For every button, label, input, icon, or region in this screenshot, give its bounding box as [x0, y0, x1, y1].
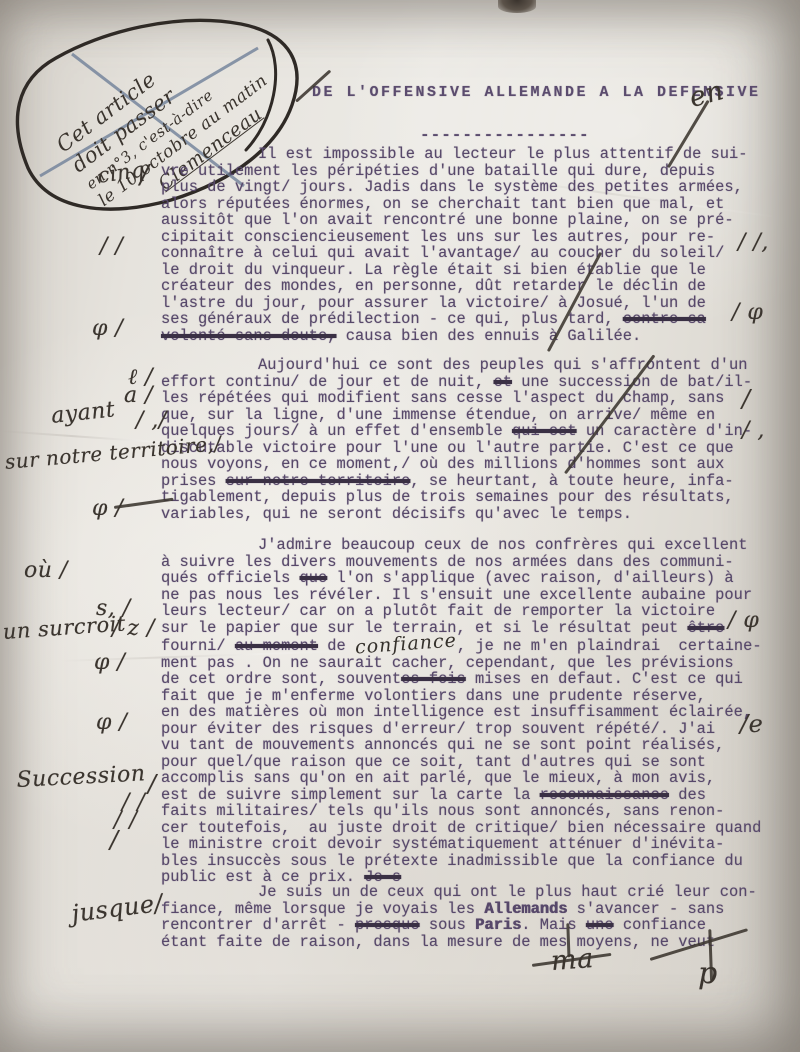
struck-text: au moment	[235, 637, 318, 655]
typewritten-line: le ministre croit devoir systématiquemen…	[161, 836, 773, 853]
typewritten-line: le droit du vinqueur. La règle était si …	[161, 262, 773, 279]
typewritten-text: tigablement, depuis plus de trois semain…	[161, 488, 734, 506]
typewritten-text: le ministre croit devoir systématiquemen…	[161, 835, 724, 853]
typewritten-line: ses généraux de prédilection - ce qui, p…	[161, 311, 773, 328]
typewritten-text: fait que je m'enferme volontiers dans un…	[161, 687, 706, 705]
margin-a: a /	[124, 383, 153, 408]
typewritten-text: en des matières où mon intelligence est …	[161, 703, 752, 721]
typewritten-line: tigablement, depuis plus de trois semain…	[161, 489, 773, 506]
typewritten-line: quelques jours/ à un effet d'ensemble qu…	[161, 423, 773, 440]
typewritten-line: qués officiels que l'on s'applique (avec…	[161, 570, 773, 587]
typewritten-line: variables, qui ne seront décisifs qu'ave…	[161, 506, 773, 523]
typewritten-text: ment pas . On ne saurait cacher, cependa…	[161, 654, 734, 672]
typewritten-text: ses généraux de prédilection - ce qui, p…	[161, 310, 623, 328]
typewritten-line: rencontrer d'arrêt - presque sous Paris.…	[161, 917, 773, 934]
typewritten-line: alors réputées énormes, on se cherchait …	[161, 196, 773, 213]
typewritten-line: leurs lecteur/ car on a plutôt fait de r…	[161, 603, 773, 620]
margin-marks-right-4: / ,	[742, 418, 765, 443]
typewritten-text: pour quel/que raison que ce soit, tant d…	[161, 753, 706, 771]
typewritten-line: fait que je m'enferme volontiers dans un…	[161, 688, 773, 705]
typewritten-line: vu tant de mouvements annoncés qui ne se…	[161, 737, 773, 754]
typewritten-text: connaître à celui qui avait l'avantage/ …	[161, 244, 724, 262]
typewritten-text: accomplis sans qu'on en ait parlé, que l…	[161, 769, 715, 787]
margin-marks-left-1: / /	[100, 234, 123, 259]
typewritten-text: l'on s'applique (avec raison, d'ailleurs…	[327, 569, 733, 587]
typewritten-line: cer toutefois, au juste droit de critiqu…	[161, 820, 773, 837]
typewritten-line: bles insuccès sous le prétexte inadmissi…	[161, 853, 773, 870]
margin-ou: où /	[24, 558, 68, 583]
typewritten-line: aussitôt que l'on avait rencontré une bo…	[161, 212, 773, 229]
typewritten-line: prises sur notre territoire, se heurtant…	[161, 473, 773, 490]
deleatur-left-4: φ /	[96, 710, 127, 735]
typewritten-line: que, sur la ligne, d'une immense étendue…	[161, 407, 773, 424]
typewritten-text: vu tant de mouvements annoncés qui ne se…	[161, 736, 724, 754]
typewritten-line: en des matières où mon intelligence est …	[161, 704, 773, 721]
deleatur-left-1: φ /	[92, 316, 123, 341]
typewritten-line: ne pas nous les révéler. Il s'ensuit une…	[161, 587, 773, 604]
typewritten-text: à suivre les divers mouvements de nos ar…	[161, 553, 734, 571]
typewritten-line: vre utilement les péripéties d'une batai…	[161, 163, 773, 180]
typewritten-line: volonté sans doute, causa bien des ennui…	[161, 328, 773, 345]
typewritten-text: plus de vingt/ jours. Jadis dans le syst…	[161, 178, 743, 196]
struck-text: presque	[355, 916, 420, 934]
struck-text: être	[687, 619, 724, 637]
typewritten-text: de cet ordre sont, souvent	[161, 670, 401, 688]
typewritten-text: ne pas nous les révéler. Il s'ensuit une…	[161, 586, 752, 604]
typewritten-text: est de suivre simplement sur la carte la	[161, 786, 540, 804]
typewritten-line: faits militaires/ tels qu'ils nous sont …	[161, 803, 773, 820]
typewritten-line: effort continu/ de jour et de nuit, et u…	[161, 374, 773, 391]
margin-un-surcroit: un surcroit	[2, 611, 127, 644]
typewritten-line: est de suivre simplement sur la carte la…	[161, 787, 773, 804]
correction-p: p	[698, 956, 718, 991]
typewritten-line: fiance, même lorsque je voyais les Allem…	[161, 901, 773, 918]
typewritten-text: rencontrer d'arrêt -	[161, 916, 355, 934]
typewritten-line: de cet ordre sont, souventes fois mises …	[161, 671, 773, 688]
paper-stain	[498, 0, 536, 13]
typewritten-text: alors réputées énormes, on se cherchait …	[161, 195, 724, 213]
typewritten-line: sur le papier que sur le terrain, et si …	[161, 620, 773, 637]
typewritten-text: cer toutefois, au juste droit de critiqu…	[161, 819, 761, 837]
typewritten-line: pour éviter des risques d'erreur/ trop s…	[161, 721, 773, 738]
typewritten-text: faits militaires/ tels qu'ils nous sont …	[161, 802, 724, 820]
deleatur-left-2: φ /	[92, 496, 123, 521]
paragraph: Il est impossible au lecteur le plus att…	[161, 146, 773, 344]
margin-jusque: jusque/	[70, 889, 165, 928]
typewritten-text: confiance	[614, 916, 706, 934]
typewritten-text: causa bien des ennuis à Galilée.	[336, 327, 641, 345]
struck-text: qui est	[512, 422, 577, 440]
typewritten-line: nous voyons, en ce moment,/ où des milli…	[161, 456, 773, 473]
typewritten-text: sous	[420, 916, 475, 934]
struck-text: contre sa	[623, 310, 706, 328]
typewritten-text: , je ne m'en plaindrai certaine-	[457, 637, 762, 655]
struck-text: une	[586, 916, 614, 934]
paragraph: Aujourd'hui ce sont des peuples qui s'af…	[161, 357, 773, 522]
typewritten-line: l'astre du jour, pour assurer la victoir…	[161, 295, 773, 312]
typewritten-text: créateur des mondes, en personne, dût re…	[161, 277, 706, 295]
typewritten-text: que, sur la ligne, d'une immense étendue…	[161, 406, 715, 424]
typewritten-text: Aujourd'hui ce sont des peuples qui s'af…	[258, 356, 748, 374]
struck-text: et	[494, 373, 512, 391]
typewritten-text: mises en defaut. C'est ce qui	[466, 670, 743, 688]
struck-text: que	[300, 569, 328, 587]
margin-ayant: ayant	[50, 397, 116, 429]
typewritten-text: de	[318, 637, 355, 655]
struck-text: sur notre territoire	[226, 472, 411, 490]
typewritten-text: . Mais	[521, 916, 586, 934]
typewritten-text: fourni/	[161, 637, 235, 655]
typewritten-line: Je suis un de ceux qui ont le plus haut …	[161, 884, 773, 901]
typewritten-text: le droit du vinqueur. La règle était si …	[161, 261, 706, 279]
typewritten-line: cipitait consciencieusement les uns sur …	[161, 229, 773, 246]
typewritten-line: accomplis sans qu'on en ait parlé, que l…	[161, 770, 773, 787]
typewritten-line: Aujourd'hui ce sont des peuples qui s'af…	[161, 357, 773, 374]
typewritten-text: pour éviter des risques d'erreur/ trop s…	[161, 720, 715, 738]
typewritten-line: créateur des mondes, en personne, dût re…	[161, 278, 773, 295]
typewritten-line: Il est impossible au lecteur le plus att…	[161, 146, 773, 163]
paragraph: Je suis un de ceux qui ont le plus haut …	[161, 884, 773, 950]
typewritten-text: vre utilement les péripéties d'une batai…	[161, 162, 715, 180]
typewritten-text: , se heurtant, à toute heure, infa-	[410, 472, 733, 490]
insert-e-right: /e	[740, 710, 763, 738]
title-divider: ----------------	[420, 126, 590, 144]
typewritten-text: des	[669, 786, 706, 804]
typewritten-text: bles insuccès sous le prétexte inadmissi…	[161, 852, 743, 870]
margin-marks-right-5: / φ	[728, 608, 759, 633]
typewritten-line: à suivre les divers mouvements de nos ar…	[161, 554, 773, 571]
typewritten-line: ment pas . On ne saurait cacher, cependa…	[161, 655, 773, 672]
typewritten-line: J'admire beaucoup ceux de nos confrères …	[161, 537, 773, 554]
insert-en: en	[686, 75, 727, 114]
paragraph: J'admire beaucoup ceux de nos confrères …	[161, 537, 773, 886]
handwritten-inline-correction: confiance	[355, 632, 458, 656]
typewritten-text: effort continu/ de jour et de nuit,	[161, 373, 494, 391]
typewritten-text: s'avancer - sans	[567, 900, 724, 918]
typewritten-text: fiance, même lorsque je voyais les	[161, 900, 484, 918]
typewritten-text: les répétées qui modifient sans cesse l'…	[161, 389, 724, 407]
typewritten-text: qués officiels	[161, 569, 300, 587]
typewritten-text: variables, qui ne seront décisifs qu'ave…	[161, 505, 632, 523]
overstruck-text: Paris	[475, 916, 521, 934]
typewritten-text: cipitait consciencieusement les uns sur …	[161, 228, 715, 246]
typewritten-line: les répétées qui modifient sans cesse l'…	[161, 390, 773, 407]
typewritten-line: connaître à celui qui avait l'avantage/ …	[161, 245, 773, 262]
typewritten-text: J'admire beaucoup ceux de nos confrères …	[258, 536, 748, 554]
margin-marks-right-3: /	[742, 385, 751, 413]
margin-succession: Succession	[16, 761, 146, 793]
typewritten-line: plus de vingt/ jours. Jadis dans le syst…	[161, 179, 773, 196]
typewritten-line: discutable victoire pour l'une ou l'autr…	[161, 440, 773, 457]
margin-marks-left-7: /	[110, 826, 119, 854]
margin-marks-left-2: / ,/	[136, 408, 167, 433]
struck-text: volonté sans doute,	[161, 327, 336, 345]
margin-marks-left-3: / z /	[112, 616, 155, 641]
typewritten-text: aussitôt que l'on avait rencontré une bo…	[161, 211, 734, 229]
typewritten-text: l'astre du jour, pour assurer la victoir…	[161, 294, 706, 312]
overstruck-text: Allemands	[484, 900, 567, 918]
deleatur-left-3: φ /	[94, 650, 125, 675]
typewritten-line: fourni/ au moment de confiance, je ne m'…	[161, 636, 773, 655]
typewritten-text: nous voyons, en ce moment,/ où des milli…	[161, 455, 724, 473]
typewritten-text: leurs lecteur/ car on a plutôt fait de r…	[161, 602, 715, 620]
typewritten-text: Je suis un de ceux qui ont le plus haut …	[258, 883, 757, 901]
typewritten-line: pour quel/que raison que ce soit, tant d…	[161, 754, 773, 771]
typewritten-text: prises	[161, 472, 226, 490]
struck-text: es fois	[401, 670, 466, 688]
margin-marks-right-2: / φ	[732, 300, 763, 325]
scanned-document-page: Cet articledoit passeren n°3, c'est-à-di…	[0, 0, 800, 1052]
margin-marks-left-4: /	[148, 770, 157, 798]
typewritten-text: étant faite de raison, dans la mesure de…	[161, 933, 715, 951]
caret-vingt: /	[140, 160, 149, 190]
margin-marks-right-1: / /,	[738, 230, 769, 255]
struck-text: reconnaissance	[540, 786, 669, 804]
typewritten-text: discutable victoire pour l'une ou l'autr…	[161, 439, 734, 457]
